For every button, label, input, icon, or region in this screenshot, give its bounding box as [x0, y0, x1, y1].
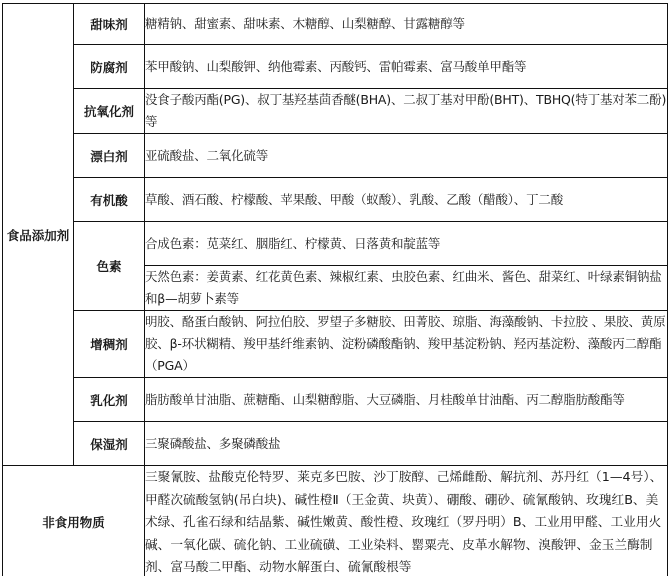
table-row: 非食用物质 三聚氰胺、盐酸克伦特罗、莱克多巴胺、沙丁胺醇、己烯雌酚、解抗剂、苏丹… — [3, 466, 668, 576]
table-row: 色素 合成色素：苋菜红、胭脂红、柠檬黄、日落黄和靛蓝等 — [3, 222, 668, 266]
synthetic-colorant-items: 合成色素：苋菜红、胭脂红、柠檬黄、日落黄和靛蓝等 — [145, 222, 668, 266]
additives-table: 食品添加剂 甜味剂 糖精钠、甜蜜素、甜味素、木糖醇、山梨糖醇、甘露糖醇等 防腐剂… — [2, 3, 668, 576]
antioxidant-items: 没食子酸丙酯(PG)、叔丁基羟基茴香醚(BHA)、二叔丁基对甲酚(BHT)、TB… — [145, 89, 668, 134]
table-row: 有机酸 草酸、酒石酸、柠檬酸、苹果酸、甲酸（蚁酸）、乳酸、乙酸（醋酸）、丁二酸 — [3, 178, 668, 222]
preservative-items: 苯甲酸钠、山梨酸钾、纳他霉素、丙酸钙、雷帕霉素、富马酸单甲酯等 — [145, 45, 668, 89]
thickener-items: 明胶、酪蛋白酸钠、阿拉伯胶、罗望子多糖胶、田菁胶、琼脂、海藻酸钠、卡拉胶 、果胶… — [145, 311, 668, 378]
table-row: 乳化剂 脂肪酸单甘油脂、蔗糖酯、山梨糖醇脂、大豆磷脂、月桂酸单甘油酯、丙二醇脂肪… — [3, 378, 668, 422]
table-row: 保湿剂 三聚磷酸盐、多聚磷酸盐 — [3, 422, 668, 466]
table-row: 防腐剂 苯甲酸钠、山梨酸钾、纳他霉素、丙酸钙、雷帕霉素、富马酸单甲酯等 — [3, 45, 668, 89]
subcategory-antioxidant: 抗氧化剂 — [74, 89, 145, 134]
category-food-additives: 食品添加剂 — [3, 4, 74, 466]
subcategory-humectant: 保湿剂 — [74, 422, 145, 466]
bleach-items: 亚硫酸盐、二氧化硫等 — [145, 134, 668, 178]
table-row: 食品添加剂 甜味剂 糖精钠、甜蜜素、甜味素、木糖醇、山梨糖醇、甘露糖醇等 — [3, 4, 668, 45]
subcategory-bleach: 漂白剂 — [74, 134, 145, 178]
table-row: 漂白剂 亚硫酸盐、二氧化硫等 — [3, 134, 668, 178]
humectant-items: 三聚磷酸盐、多聚磷酸盐 — [145, 422, 668, 466]
subcategory-sweetener: 甜味剂 — [74, 4, 145, 45]
table-row: 抗氧化剂 没食子酸丙酯(PG)、叔丁基羟基茴香醚(BHA)、二叔丁基对甲酚(BH… — [3, 89, 668, 134]
emulsifier-items: 脂肪酸单甘油脂、蔗糖酯、山梨糖醇脂、大豆磷脂、月桂酸单甘油酯、丙二醇脂肪酸酯等 — [145, 378, 668, 422]
category-non-food-substances: 非食用物质 — [3, 466, 145, 576]
subcategory-colorant: 色素 — [74, 222, 145, 311]
subcategory-thickener: 增稠剂 — [74, 311, 145, 378]
organic-acid-items: 草酸、酒石酸、柠檬酸、苹果酸、甲酸（蚁酸）、乳酸、乙酸（醋酸）、丁二酸 — [145, 178, 668, 222]
sweetener-items: 糖精钠、甜蜜素、甜味素、木糖醇、山梨糖醇、甘露糖醇等 — [145, 4, 668, 45]
table-row: 增稠剂 明胶、酪蛋白酸钠、阿拉伯胶、罗望子多糖胶、田菁胶、琼脂、海藻酸钠、卡拉胶… — [3, 311, 668, 378]
subcategory-preservative: 防腐剂 — [74, 45, 145, 89]
non-food-substance-items: 三聚氰胺、盐酸克伦特罗、莱克多巴胺、沙丁胺醇、己烯雌酚、解抗剂、苏丹红（1—4号… — [145, 466, 668, 576]
subcategory-organic-acid: 有机酸 — [74, 178, 145, 222]
natural-colorant-items: 天然色素：姜黄素、红花黄色素、辣椒红素、虫胶色素、红曲米、酱色、甜菜红、叶绿素铜… — [145, 266, 668, 311]
subcategory-emulsifier: 乳化剂 — [74, 378, 145, 422]
